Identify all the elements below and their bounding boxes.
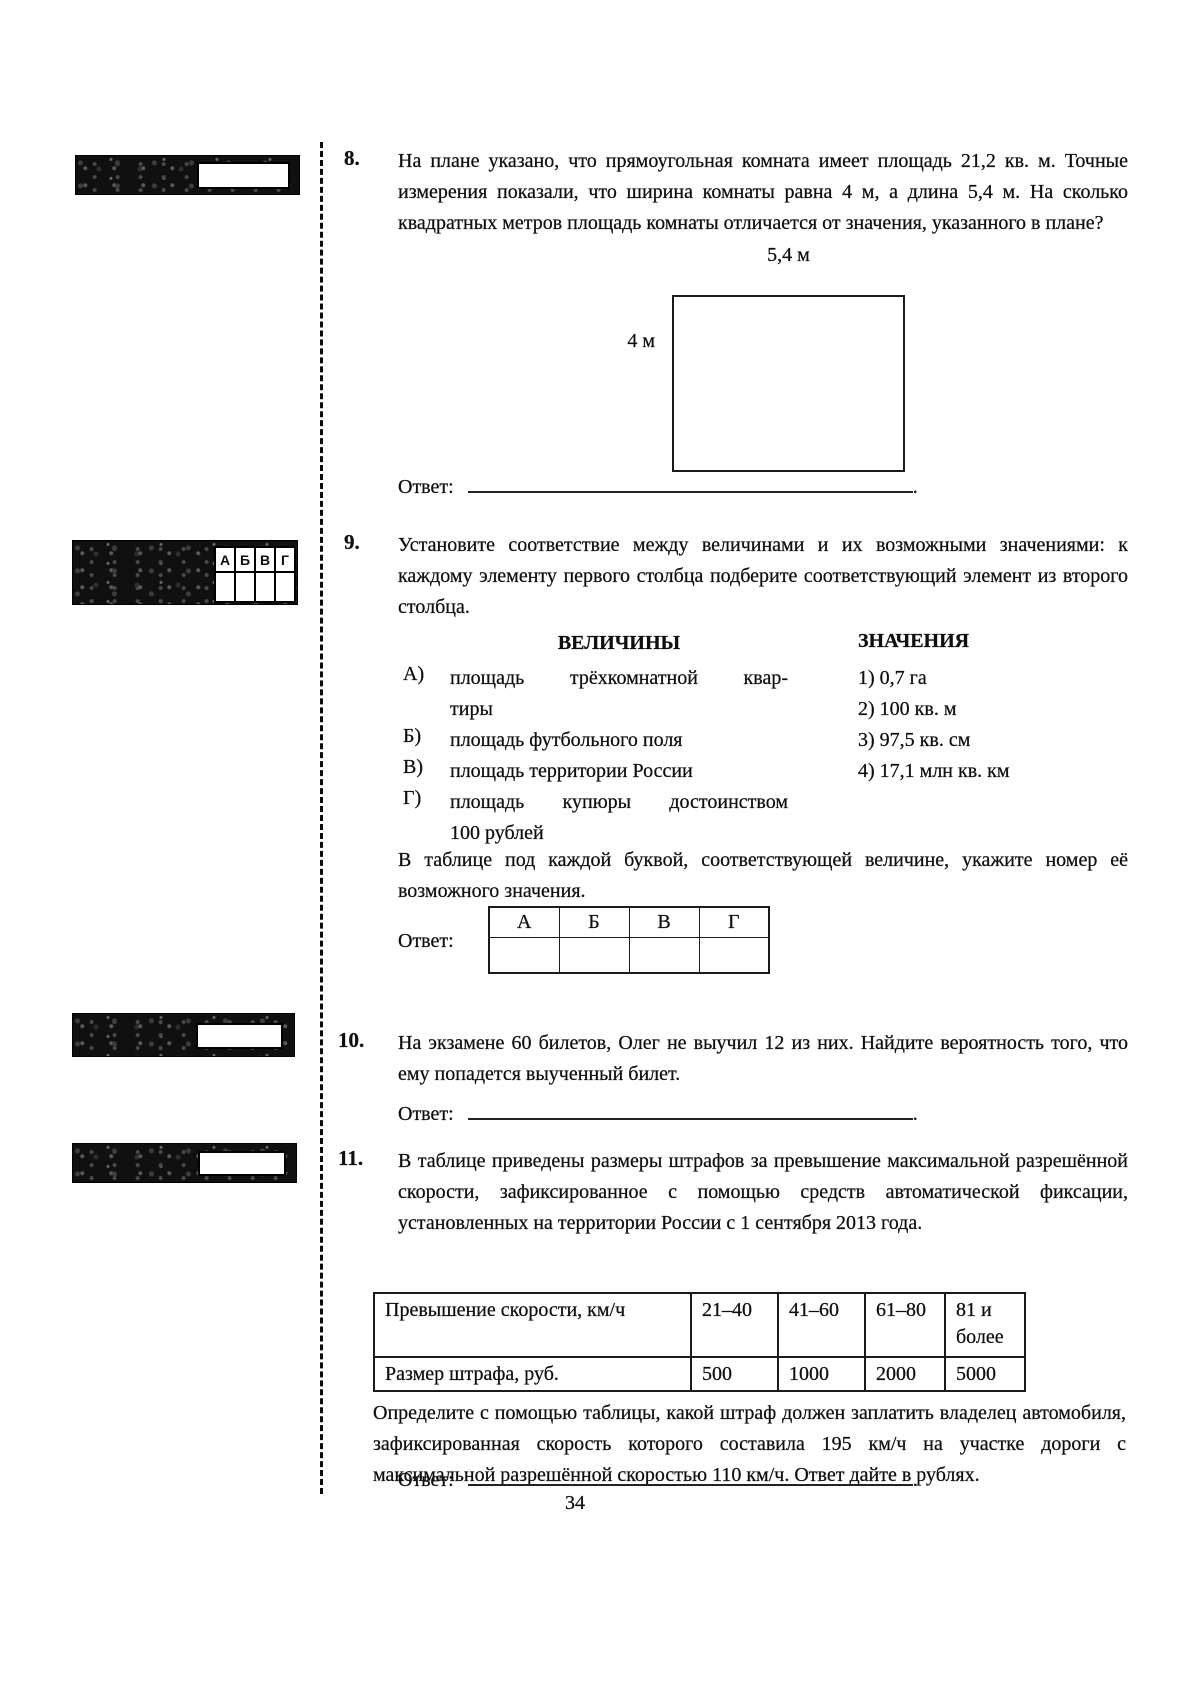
marker-blank-box <box>198 1151 286 1176</box>
problem-10-answer-row: Ответ:. <box>398 1100 918 1126</box>
table-cell: 1000 <box>778 1357 865 1391</box>
fines-table-value-row: Размер штрафа, руб. 500 1000 2000 5000 <box>374 1357 1025 1391</box>
marker-grid-header-cell: В <box>255 547 275 572</box>
problem-9-number: 9. <box>344 530 360 555</box>
answer-grid-blank-cell <box>559 937 629 973</box>
answer-blank <box>468 1466 913 1486</box>
answer-blank <box>468 1100 913 1120</box>
item-text-v: площадь территории России <box>450 756 788 787</box>
table-cell: Размер штрафа, руб. <box>374 1357 691 1391</box>
answer-grid-blank-cell <box>699 937 769 973</box>
marker-blank-box <box>196 1023 283 1049</box>
marker-grid-empty-cell <box>255 572 275 602</box>
table-cell: 5000 <box>945 1357 1025 1391</box>
marker-grid-header-cell: Б <box>235 547 255 572</box>
scan-marker-4 <box>72 1143 297 1183</box>
table-cell: 61–80 <box>865 1293 945 1357</box>
item-text-g: площадь купюры достоинством 100 рублей <box>450 787 788 849</box>
value-item-3: 3) 97,5 кв. см <box>858 725 1010 756</box>
problem-9-note: В таблице под каждой буквой, соответству… <box>398 845 1128 907</box>
item-letter-v: В) <box>403 756 423 779</box>
item-letter-a: А) <box>403 663 424 686</box>
room-rectangle-diagram <box>672 295 905 472</box>
value-item-1: 1) 0,7 га <box>858 663 1010 694</box>
item-line: площадь трёхкомнатной квар- <box>450 663 788 694</box>
scan-marker-3 <box>72 1013 295 1057</box>
fines-table: Превышение скорости, км/ч 21–40 41–60 61… <box>373 1292 1026 1392</box>
item-text-a: площадь трёхкомнатной квар- тиры <box>450 663 788 725</box>
marker-grid-empty-cell <box>215 572 235 602</box>
answer-blank <box>468 473 913 493</box>
marker-grid-empty-cell <box>275 572 295 602</box>
problem-10-text: На экзамене 60 билетов, Олег не выучил 1… <box>398 1028 1128 1090</box>
marker-blank-box <box>197 162 290 189</box>
table-cell: 81 и более <box>945 1293 1025 1357</box>
diagram-left-dimension: 4 м <box>575 330 655 353</box>
problem-11-number: 11. <box>338 1146 363 1171</box>
scan-marker-1 <box>75 155 300 195</box>
item-line: тиры <box>450 694 788 725</box>
problem-11-text: В таблице приведены размеры штрафов за п… <box>398 1146 1128 1239</box>
value-item-2: 2) 100 кв. м <box>858 694 1010 725</box>
answer-grid-header-row: А Б В Г <box>489 907 769 937</box>
diagram-top-dimension: 5,4 м <box>672 244 905 267</box>
item-line: площадь футбольного поля <box>450 725 788 756</box>
values-list: 1) 0,7 га 2) 100 кв. м 3) 97,5 кв. см 4)… <box>858 663 1010 787</box>
answer-label: Ответ: <box>398 930 454 952</box>
marker-grid-header-cell: А <box>215 547 235 572</box>
problem-11-answer-row: Ответ:. <box>398 1466 918 1492</box>
item-line: площадь купюры достоинством <box>450 787 788 818</box>
column-header-znacheniya: ЗНАЧЕНИЯ <box>858 630 969 653</box>
marker-abvg-grid: А Б В Г <box>214 546 296 603</box>
item-line: площадь территории России <box>450 756 788 787</box>
margin-dashed-line <box>320 142 323 1494</box>
answer-label: Ответ: <box>398 1103 454 1125</box>
table-cell: 21–40 <box>691 1293 778 1357</box>
scan-marker-2: А Б В Г <box>72 540 298 605</box>
fines-table-header-row: Превышение скорости, км/ч 21–40 41–60 61… <box>374 1293 1025 1357</box>
marker-grid-empty-cell <box>235 572 255 602</box>
answer-grid-header-cell: Б <box>559 907 629 937</box>
answer-period: . <box>913 1469 918 1491</box>
problem-8-number: 8. <box>344 146 360 171</box>
answer-period: . <box>913 476 918 498</box>
problem-8-answer-row: Ответ:. <box>398 473 918 499</box>
answer-grid-blank-cell <box>629 937 699 973</box>
answer-label: Ответ: <box>398 476 454 498</box>
answer-label: Ответ: <box>398 1469 454 1491</box>
answer-grid-header-cell: Г <box>699 907 769 937</box>
value-item-4: 4) 17,1 млн кв. км <box>858 756 1010 787</box>
answer-period: . <box>913 1103 918 1125</box>
answer-grid-header-cell: А <box>489 907 559 937</box>
marker-grid-header-cell: Г <box>275 547 295 572</box>
problem-8-text: На плане указано, что прямоугольная комн… <box>398 146 1128 239</box>
table-cell: 41–60 <box>778 1293 865 1357</box>
item-letter-b: Б) <box>403 725 421 748</box>
answer-grid-blank-cell <box>489 937 559 973</box>
problem-9-answer-label: Ответ: <box>398 930 454 953</box>
table-cell: Превышение скорости, км/ч <box>374 1293 691 1357</box>
answer-grid-header-cell: В <box>629 907 699 937</box>
answer-grid-table: А Б В Г <box>488 906 770 974</box>
page-number: 34 <box>540 1492 610 1515</box>
scanned-exam-page: А Б В Г 8. На плане указано, что прямоуг… <box>0 0 1204 1706</box>
problem-9-text: Установите соответствие между величинами… <box>398 530 1128 623</box>
answer-grid-blank-row <box>489 937 769 973</box>
table-cell: 500 <box>691 1357 778 1391</box>
item-letter-g: Г) <box>403 787 421 810</box>
problem-10-number: 10. <box>338 1028 364 1053</box>
column-header-velichiny: ВЕЛИЧИНЫ <box>450 632 788 655</box>
table-cell: 2000 <box>865 1357 945 1391</box>
item-text-b: площадь футбольного поля <box>450 725 788 756</box>
